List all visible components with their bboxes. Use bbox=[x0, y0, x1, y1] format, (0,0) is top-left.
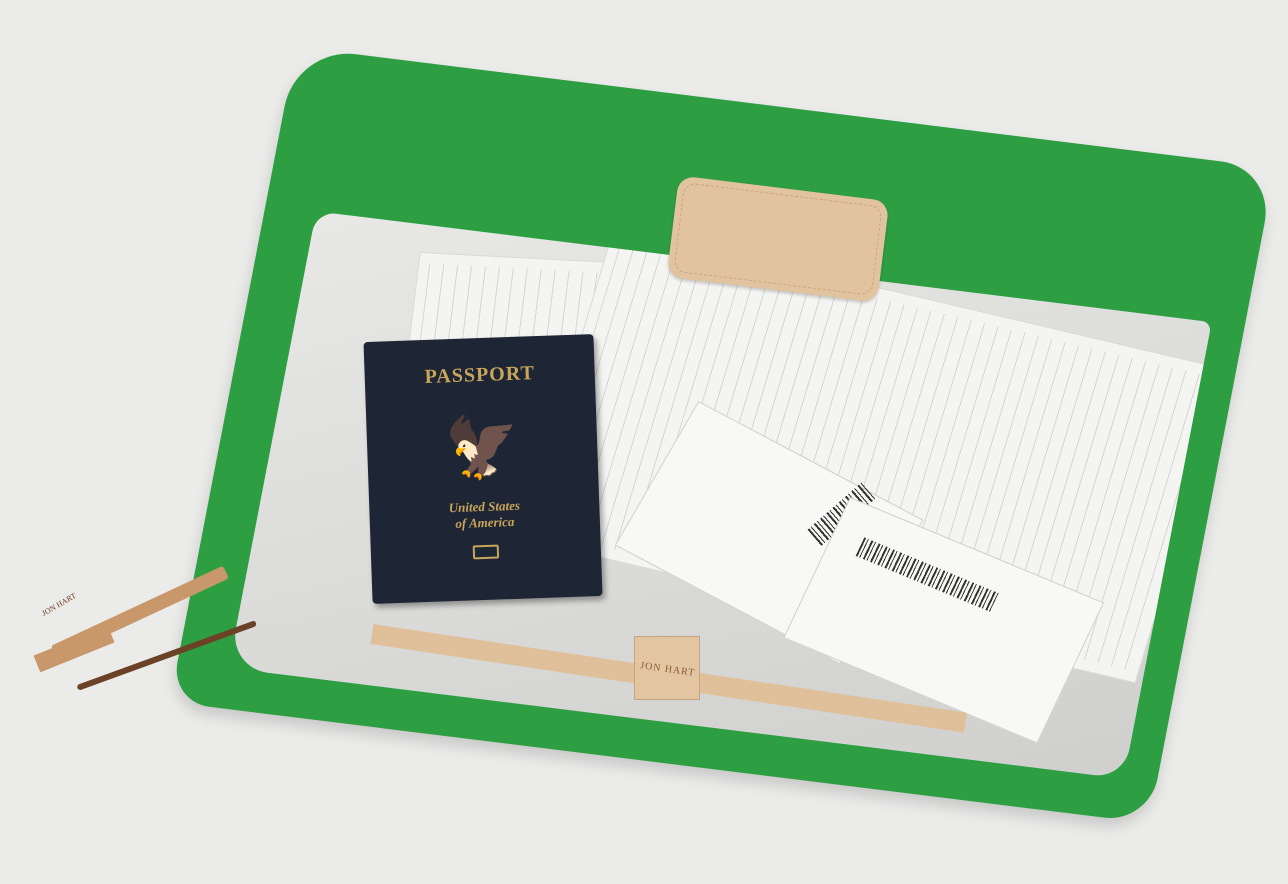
zipper-brand-label: JON HART bbox=[40, 591, 77, 618]
passport-country: United States of America bbox=[369, 495, 600, 535]
biometric-chip-icon bbox=[473, 545, 499, 560]
zipper-tab bbox=[34, 626, 115, 673]
passport: PASSPORT 🦅 United States of America bbox=[363, 334, 602, 604]
passport-title: PASSPORT bbox=[364, 360, 595, 391]
product-photo: PASSPORT 🦅 United States of America JON … bbox=[0, 0, 1288, 884]
eagle-seal-icon: 🦅 bbox=[436, 407, 529, 488]
